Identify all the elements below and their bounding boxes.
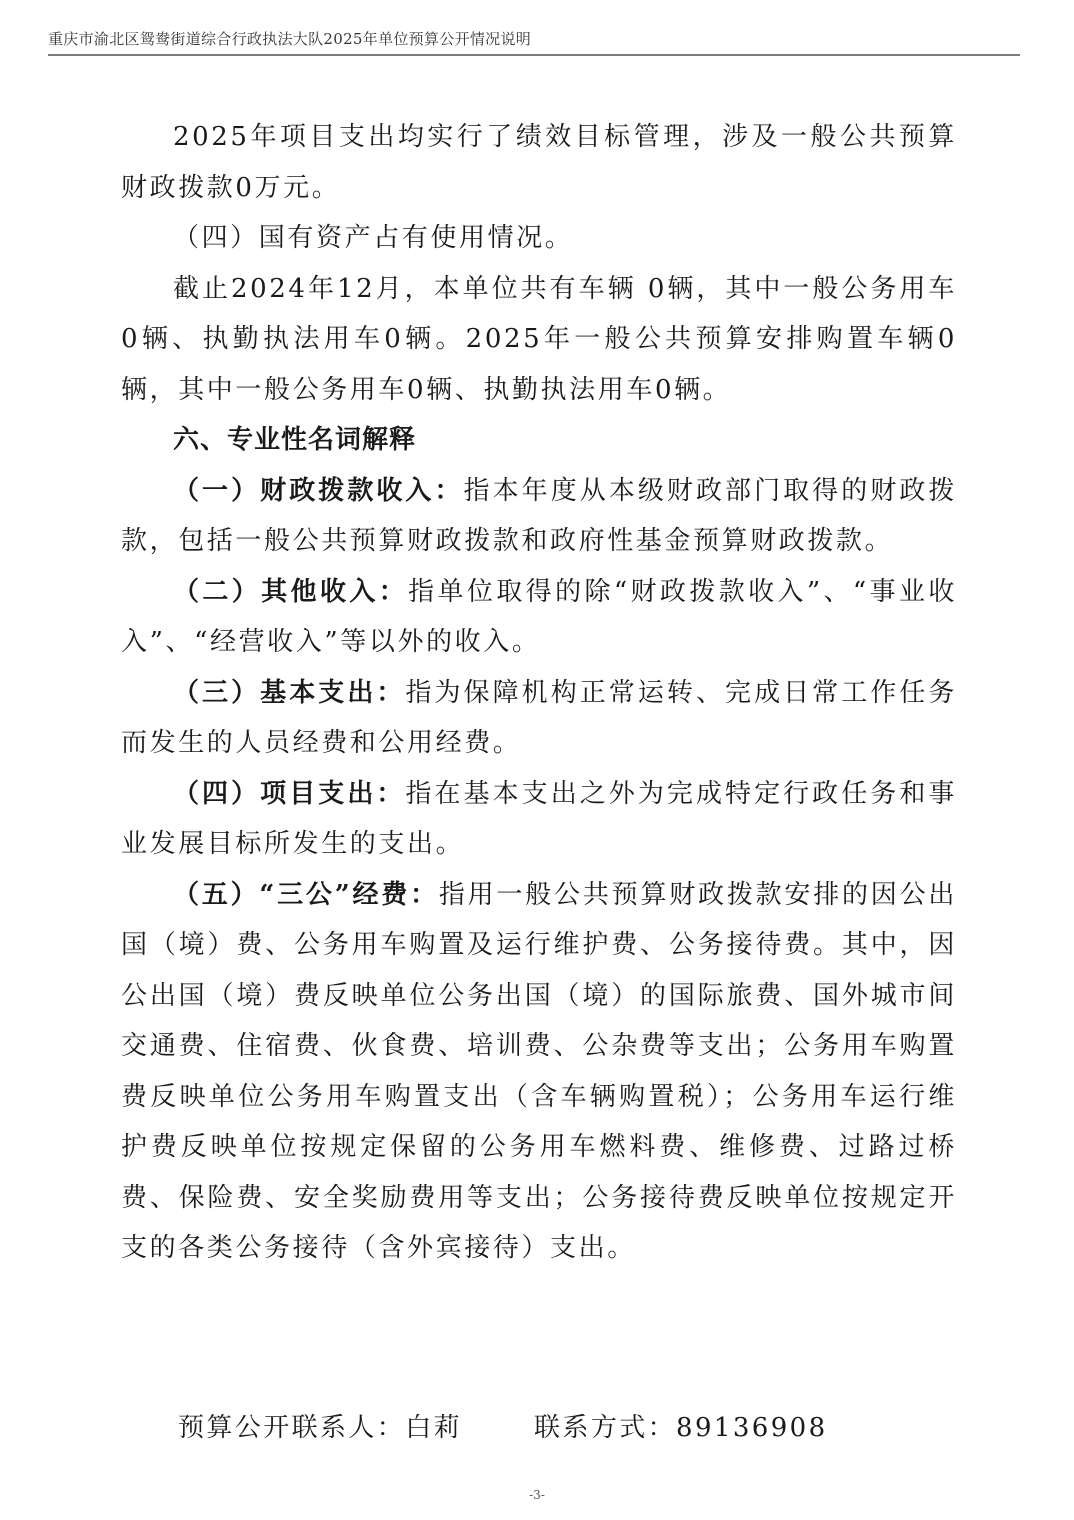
page-number: -3- bbox=[0, 1488, 1074, 1502]
contact-person-name: 白莉 bbox=[405, 1413, 462, 1443]
document-title: 重庆市渝北区鸳鸯街道综合行政执法大队2025年单位预算公开情况说明 bbox=[48, 30, 531, 48]
paragraph-performance-management: 2025年项目支出均实行了绩效目标管理，涉及一般公共预算财政拨款0万元。 bbox=[121, 112, 957, 213]
term-basic-expenditure: （三）基本支出：指为保障机构正常运转、完成日常工作任务而发生的人员经费和公用经费… bbox=[121, 668, 957, 769]
term-three-public-expenses: （五）“三公”经费：指用一般公共预算财政拨款安排的因公出国（境）费、公务用车购置… bbox=[121, 870, 957, 1274]
term-label: （一）财政拨款收入： bbox=[173, 476, 464, 506]
contact-person-label: 预算公开联系人： bbox=[178, 1413, 405, 1443]
term-fiscal-appropriation-income: （一）财政拨款收入：指本年度从本级财政部门取得的财政拨款，包括一般公共预算财政拨… bbox=[121, 466, 957, 567]
contact-method-label: 联系方式： bbox=[534, 1413, 676, 1443]
page-header: 重庆市渝北区鸳鸯街道综合行政执法大队2025年单位预算公开情况说明 bbox=[48, 28, 1020, 56]
section-heading-glossary: 六、专业性名词解释 bbox=[121, 415, 957, 466]
term-label: （三）基本支出： bbox=[173, 678, 405, 708]
term-label: （二）其他收入： bbox=[173, 577, 408, 607]
term-project-expenditure: （四）项目支出：指在基本支出之外为完成特定行政任务和事业发展目标所发生的支出。 bbox=[121, 769, 957, 870]
term-other-income: （二）其他收入：指单位取得的除“财政拨款收入”、“事业收入”、“经营收入”等以外… bbox=[121, 567, 957, 668]
contact-info: 预算公开联系人：白莉联系方式：89136908 bbox=[178, 1408, 828, 1448]
subheading-state-assets: （四）国有资产占有使用情况。 bbox=[121, 213, 957, 264]
term-label: （四）项目支出： bbox=[173, 779, 405, 809]
paragraph-vehicles: 截止2024年12月，本单位共有车辆 0辆，其中一般公务用车0辆、执勤执法用车0… bbox=[121, 264, 957, 416]
contact-phone: 89136908 bbox=[676, 1413, 828, 1443]
term-label: （五）“三公”经费： bbox=[173, 880, 439, 910]
document-body: 2025年项目支出均实行了绩效目标管理，涉及一般公共预算财政拨款0万元。 （四）… bbox=[121, 112, 957, 1274]
term-definition: 指用一般公共预算财政拨款安排的因公出国（境）费、公务用车购置及运行维护费、公务接… bbox=[121, 880, 957, 1264]
